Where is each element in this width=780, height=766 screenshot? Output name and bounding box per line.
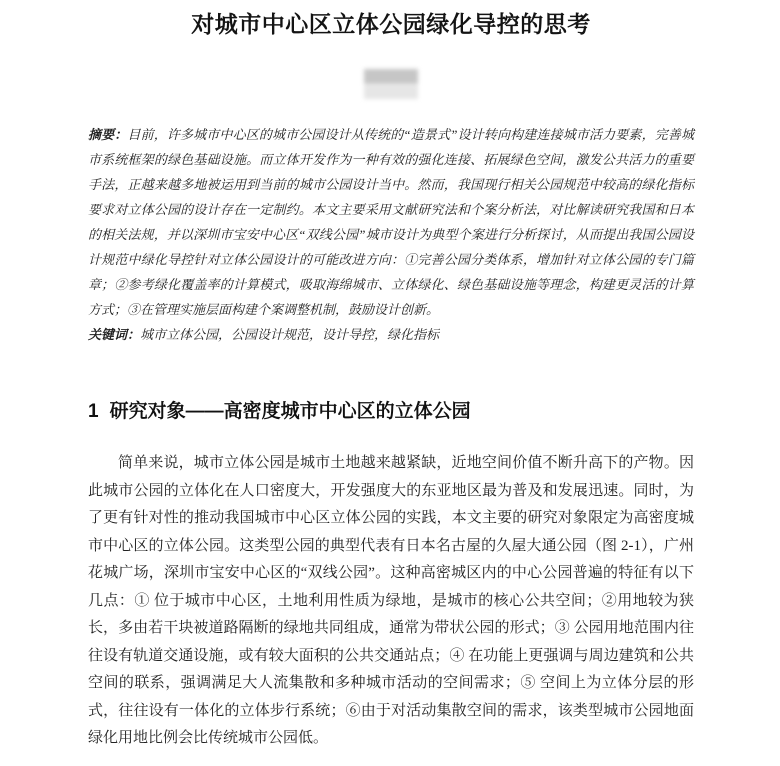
abstract-text: 目前，许多城市中心区的城市公园设计从传统的“造景式”设计转向构建连接城市活力要素… <box>88 127 694 317</box>
abstract-label: 摘要： <box>88 127 127 142</box>
keywords-text: 城市立体公园，公园设计规范，设计导控，绿化指标 <box>140 327 439 342</box>
keywords-paragraph: 关键词：城市立体公园，公园设计规范，设计导控，绿化指标 <box>88 322 694 347</box>
section-1-title: 研究对象——高密度城市中心区的立体公园 <box>110 401 471 422</box>
redacted-affiliation-line <box>364 85 418 99</box>
section-1-heading: 1研究对象——高密度城市中心区的立体公园 <box>88 398 694 425</box>
author-block-redacted <box>364 69 418 99</box>
document-page: 对城市中心区立体公园绿化导控的思考 摘要：目前，许多城市中心区的城市公园设计从传… <box>0 0 780 766</box>
keywords-label: 关键词： <box>88 327 140 342</box>
section-1-number: 1 <box>88 401 99 422</box>
abstract-paragraph: 摘要：目前，许多城市中心区的城市公园设计从传统的“造景式”设计转向构建连接城市活… <box>88 122 694 322</box>
section-1-paragraph: 简单来说，城市立体公园是城市土地越来越紧缺，近地空间价值不断升高下的产物。因此城… <box>88 450 694 753</box>
redacted-author-line <box>364 69 418 84</box>
paper-title: 对城市中心区立体公园绿化导控的思考 <box>88 8 694 40</box>
